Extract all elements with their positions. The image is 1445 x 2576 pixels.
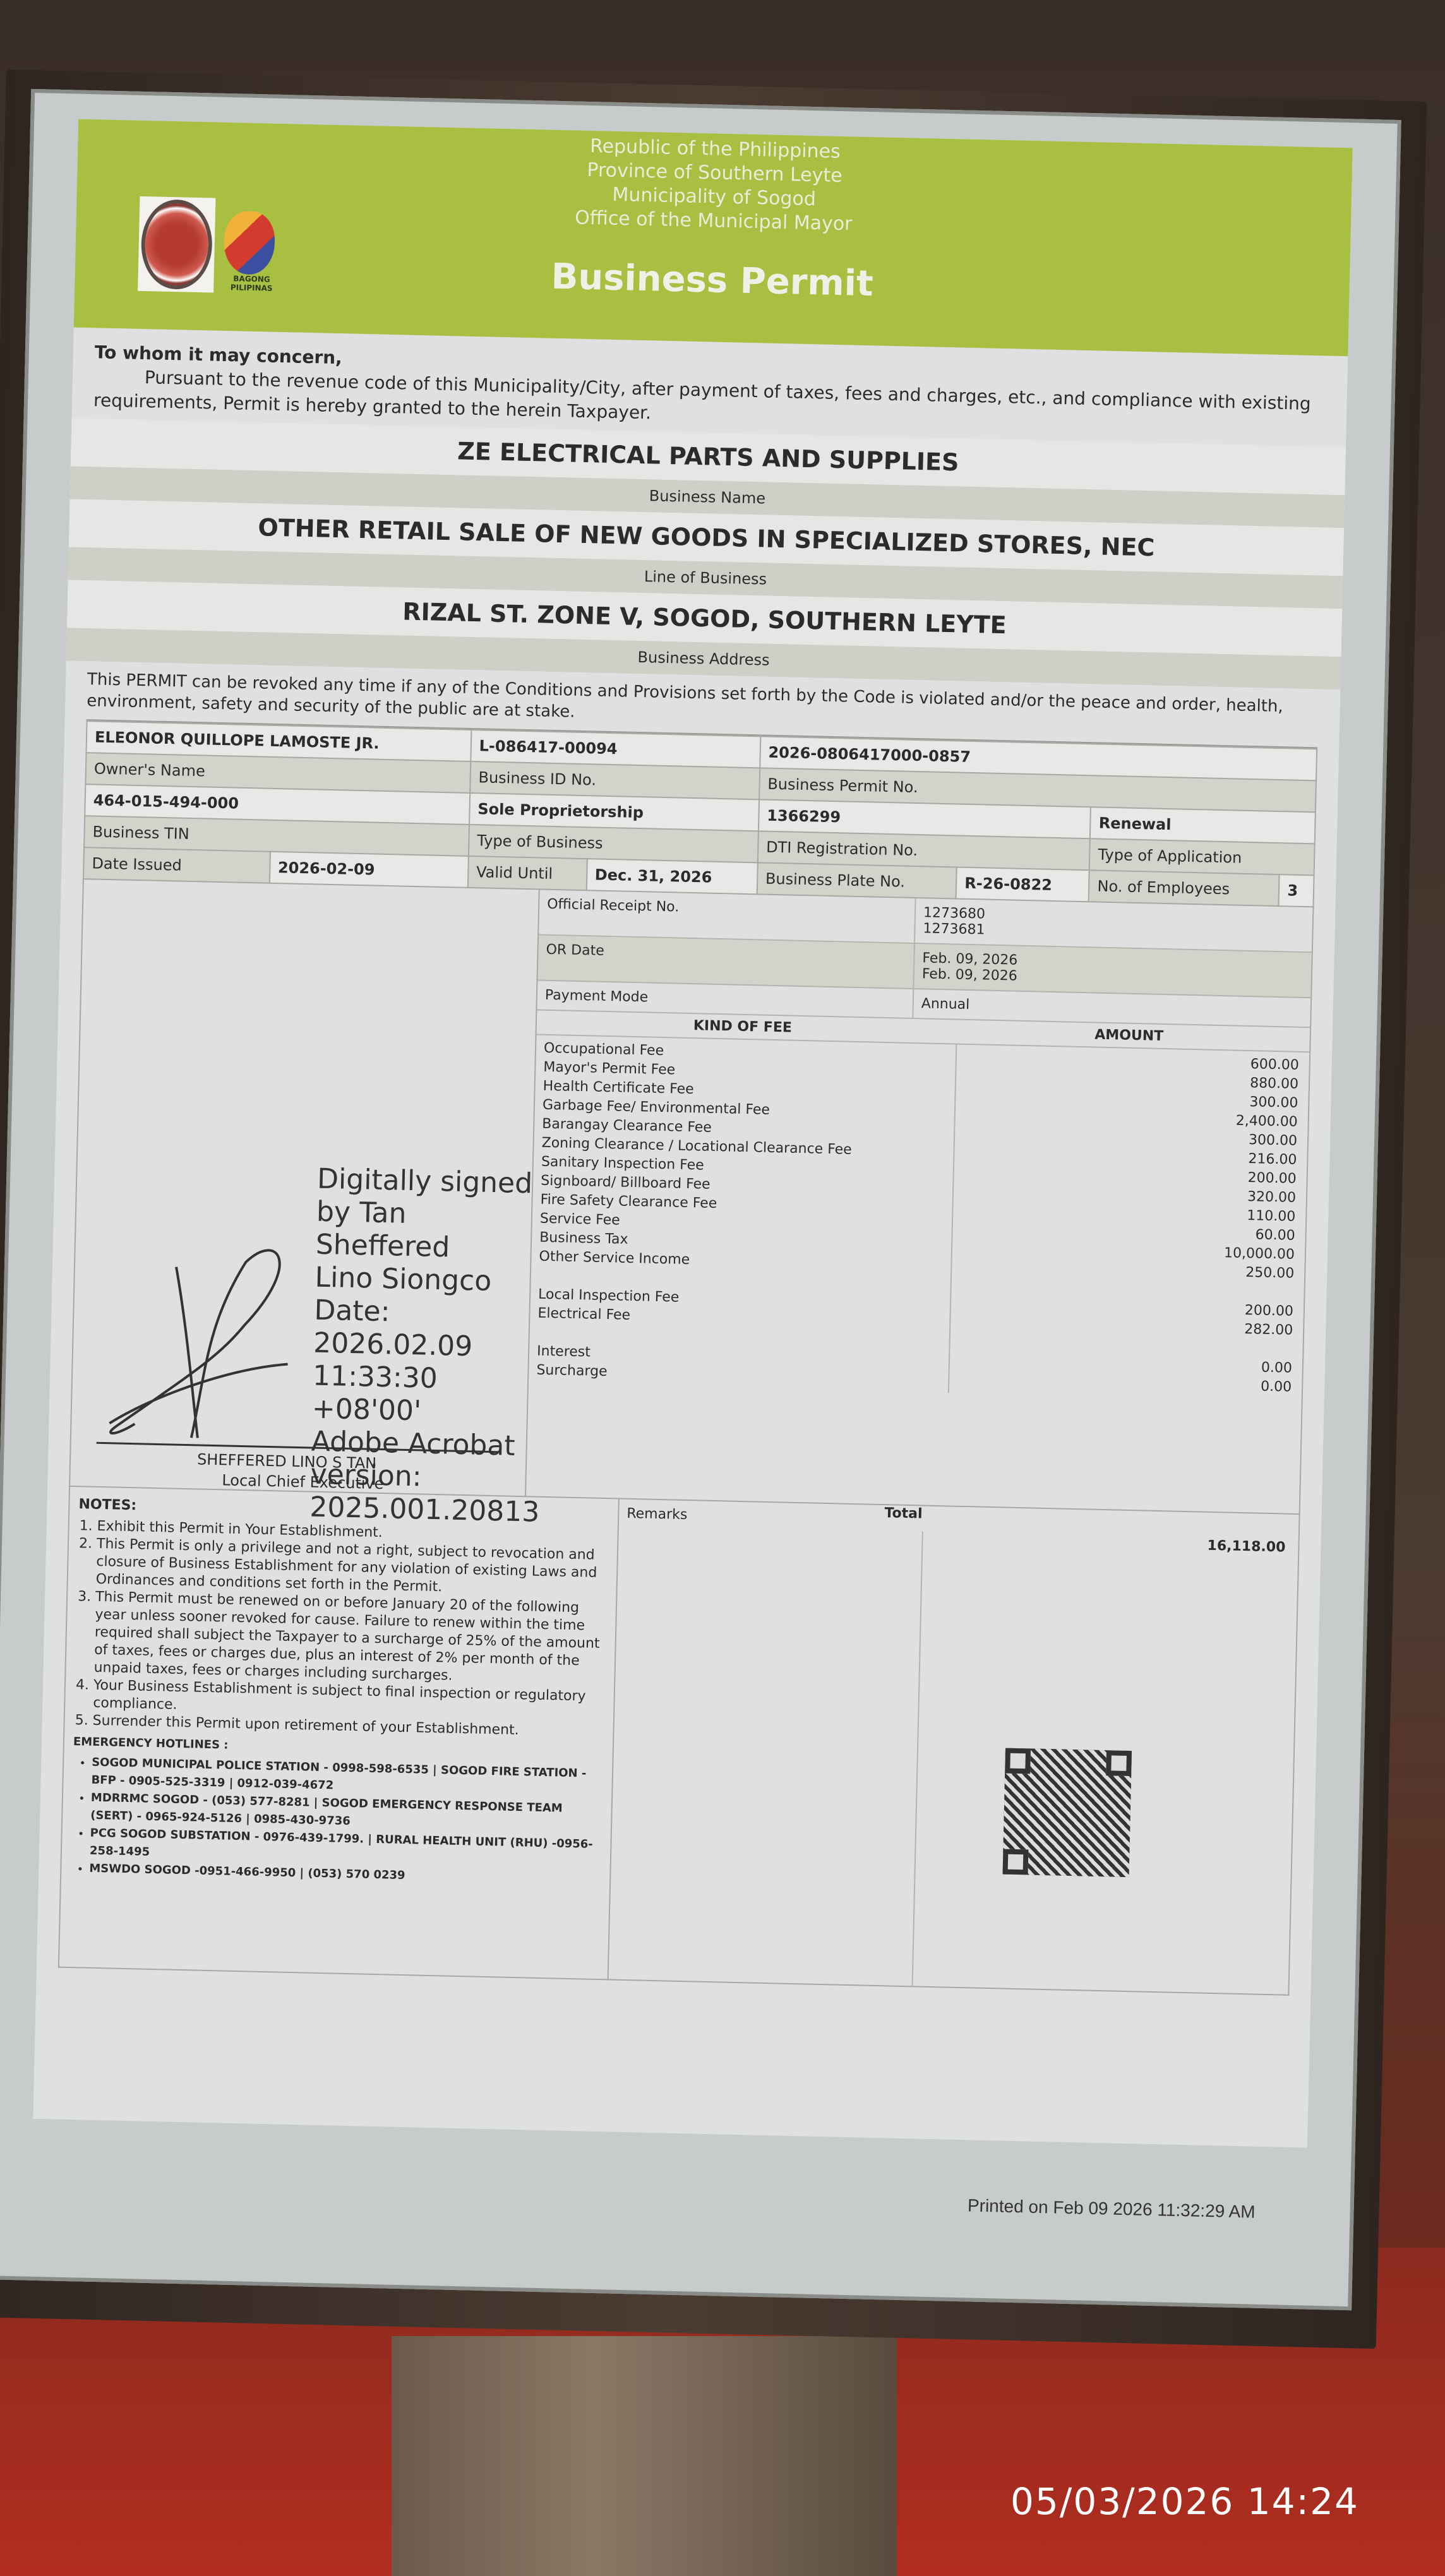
remarks-section: Remarks Total 16,118.00 [609, 1500, 1299, 1995]
ds-line: Date: 2026.02.09 [313, 1294, 544, 1365]
signatory-name: SHEFFERED LINO S TAN [197, 1450, 377, 1472]
remarks-divider [912, 1531, 923, 1986]
ds-line: 11:33:30 +08'00' [311, 1360, 543, 1431]
photo-timestamp: 05/03/2026 14:24 [1010, 2480, 1359, 2523]
municipal-seal-icon [138, 196, 215, 293]
date-issued-label: Date Issued [83, 847, 270, 883]
valid-until-label: Valid Until [468, 856, 587, 890]
frame-mat: BAGONG PILIPINAS Republic of the Philipp… [0, 89, 1401, 2310]
notes-and-remarks: NOTES: Exhibit this Permit in Your Estab… [58, 1487, 1300, 1996]
business-permit-document: BAGONG PILIPINAS Republic of the Philipp… [33, 119, 1352, 2148]
ds-line: Digitally signed [317, 1163, 548, 1201]
signatory-title: Local Chief Executive [222, 1471, 384, 1493]
bagong-pilipinas-logo-icon: BAGONG PILIPINAS [224, 211, 282, 282]
fees-panel: Official Receipt No. 12736801273681 OR D… [526, 890, 1312, 1513]
fee-names-column: Occupational FeeMayor's Permit FeeHealth… [529, 1035, 957, 1393]
plate-no-label: Business Plate No. [757, 862, 956, 898]
ds-line: Lino Siongco [315, 1261, 545, 1299]
plate-no: R-26-0822 [956, 867, 1089, 902]
handwritten-signature-icon [97, 1234, 328, 1447]
employees-count: 3 [1279, 874, 1314, 907]
application-type: Renewal [1090, 807, 1316, 844]
note-item: This Permit must be renewed on or before… [93, 1589, 607, 1688]
permit-details-table: ELEONOR QUILLOPE LAMOSTE JR. L-086417-00… [83, 720, 1317, 907]
application-type-label: Type of Application [1089, 838, 1315, 875]
qr-code-icon [1003, 1748, 1132, 1877]
signature-block: Digitally signed by Tan Sheffered Lino S… [70, 880, 540, 1496]
hotline-list: SOGOD MUNICIPAL POLICE STATION - 0998-59… [70, 1753, 603, 1889]
fee-amounts-column: 600.00880.00300.002,400.00300.00216.0020… [949, 1045, 1309, 1402]
business-name-band: ZE ELECTRICAL PARTS AND SUPPLIES Busines… [66, 418, 1346, 689]
picture-frame: BAGONG PILIPINAS Republic of the Philipp… [0, 69, 1427, 2349]
total-amount: 16,118.00 [1207, 1538, 1285, 1556]
date-issued: 2026-02-09 [269, 852, 468, 888]
payment-section: Digitally signed by Tan Sheffered Lino S… [69, 880, 1314, 1515]
wooden-post [392, 2336, 897, 2576]
total-label: Total [884, 1505, 923, 1522]
fees-table: Occupational FeeMayor's Permit FeeHealth… [529, 1035, 1309, 1401]
or-date-label: OR Date [538, 935, 915, 988]
notes-section: NOTES: Exhibit this Permit in Your Estab… [59, 1487, 620, 1979]
or-label: Official Receipt No. [539, 890, 916, 943]
notes-list: Exhibit this Permit in Your Establishmen… [73, 1517, 608, 1741]
valid-until: Dec. 31, 2026 [586, 859, 757, 894]
remarks-label: Remarks [627, 1506, 688, 1523]
employees-label: No. of Employees [1089, 870, 1280, 906]
logo-caption: BAGONG PILIPINAS [223, 274, 280, 293]
ds-line: by Tan Sheffered [315, 1196, 546, 1267]
ds-line: 2025.001.20813 [309, 1491, 540, 1529]
permit-header-banner: BAGONG PILIPINAS Republic of the Philipp… [74, 119, 1353, 357]
printed-on-timestamp: Printed on Feb 09 2026 11:32:29 AM [968, 2195, 1256, 2222]
